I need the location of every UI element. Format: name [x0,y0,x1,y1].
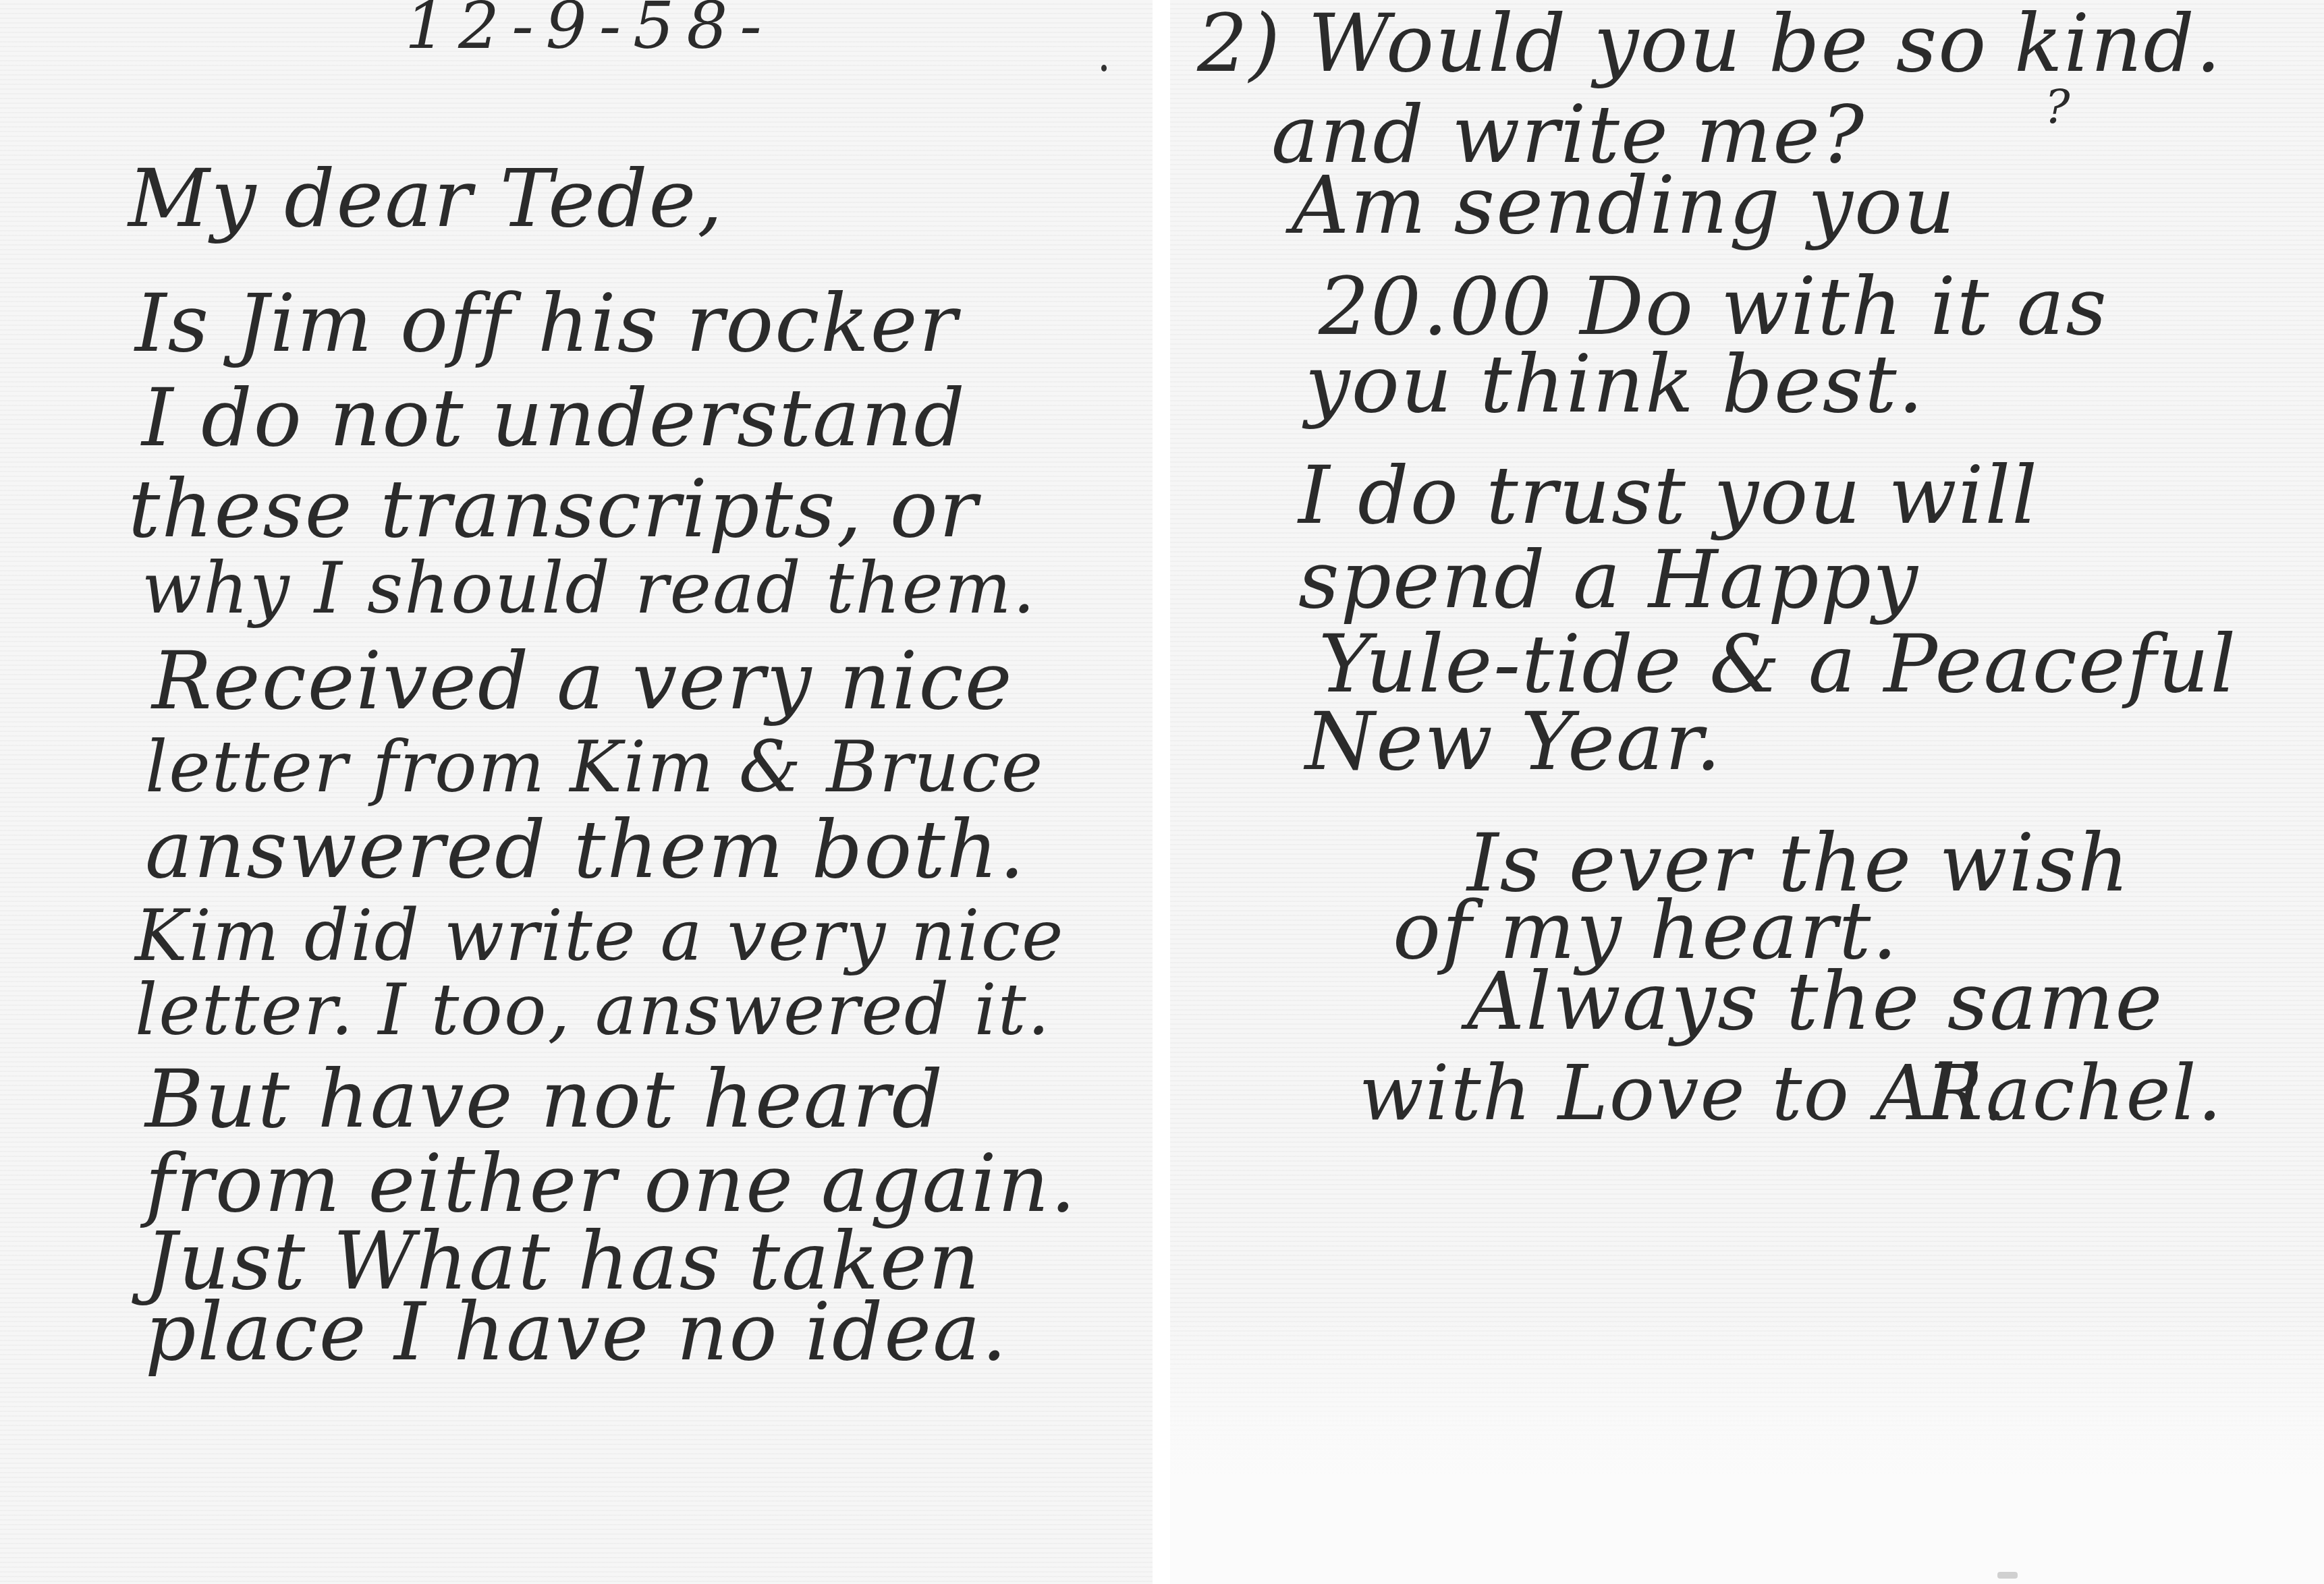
letter-line: Always the same [1467,961,2163,1041]
letter-date: 12-9-58- [405,0,774,58]
letter-line: Yule-tide & a Peaceful [1319,624,2237,704]
letter-line: I do not understand [142,378,966,457]
letter-page-1: 12-9-58- My dear Tede, Is Jim off his ro… [0,0,1153,1584]
page-gutter [1153,0,1170,1584]
question-mark: ? [2045,80,2070,135]
salutation: My dear Tede, [128,159,724,238]
letter-line: I do trust you will [1298,455,2039,535]
letter-line: letter. I too, answered it. [135,975,1051,1045]
letter-line: these transcripts, or [128,469,978,548]
letter-line: 20.00 Do with it as [1319,266,2108,346]
letter-line: But have not heard [145,1059,944,1139]
letter-line: from either one again. [145,1143,1077,1223]
letter-line: New Year. [1305,702,1722,781]
letter-line: answered them both. [145,810,1026,889]
letter-page-2: 2) Would you be so kind. and write me? A… [1170,0,2324,1584]
scan-smudge [1997,1572,2018,1579]
letter-line: Kim did write a very nice [135,901,1064,971]
letter-line: why I should read them. [142,553,1036,623]
closing: with Love to All. [1359,1056,2008,1131]
letter-line: Am sending you [1292,165,1956,245]
paper-fade [1170,1316,2324,1584]
letter-line: 2) Would you be so kind. [1197,3,2222,83]
letter-line: place I have no idea. [145,1292,1008,1371]
ink-dot [1101,65,1107,72]
letter-line: letter from Kim & Bruce [145,732,1044,802]
letter-line: you think best. [1305,344,1925,424]
letter-line: Is Jim off his rocker [135,283,958,363]
letter-line: spend a Happy [1298,540,1919,619]
signature: Rachel. [1926,1056,2223,1131]
letter-line: Received a very nice [152,641,1013,720]
